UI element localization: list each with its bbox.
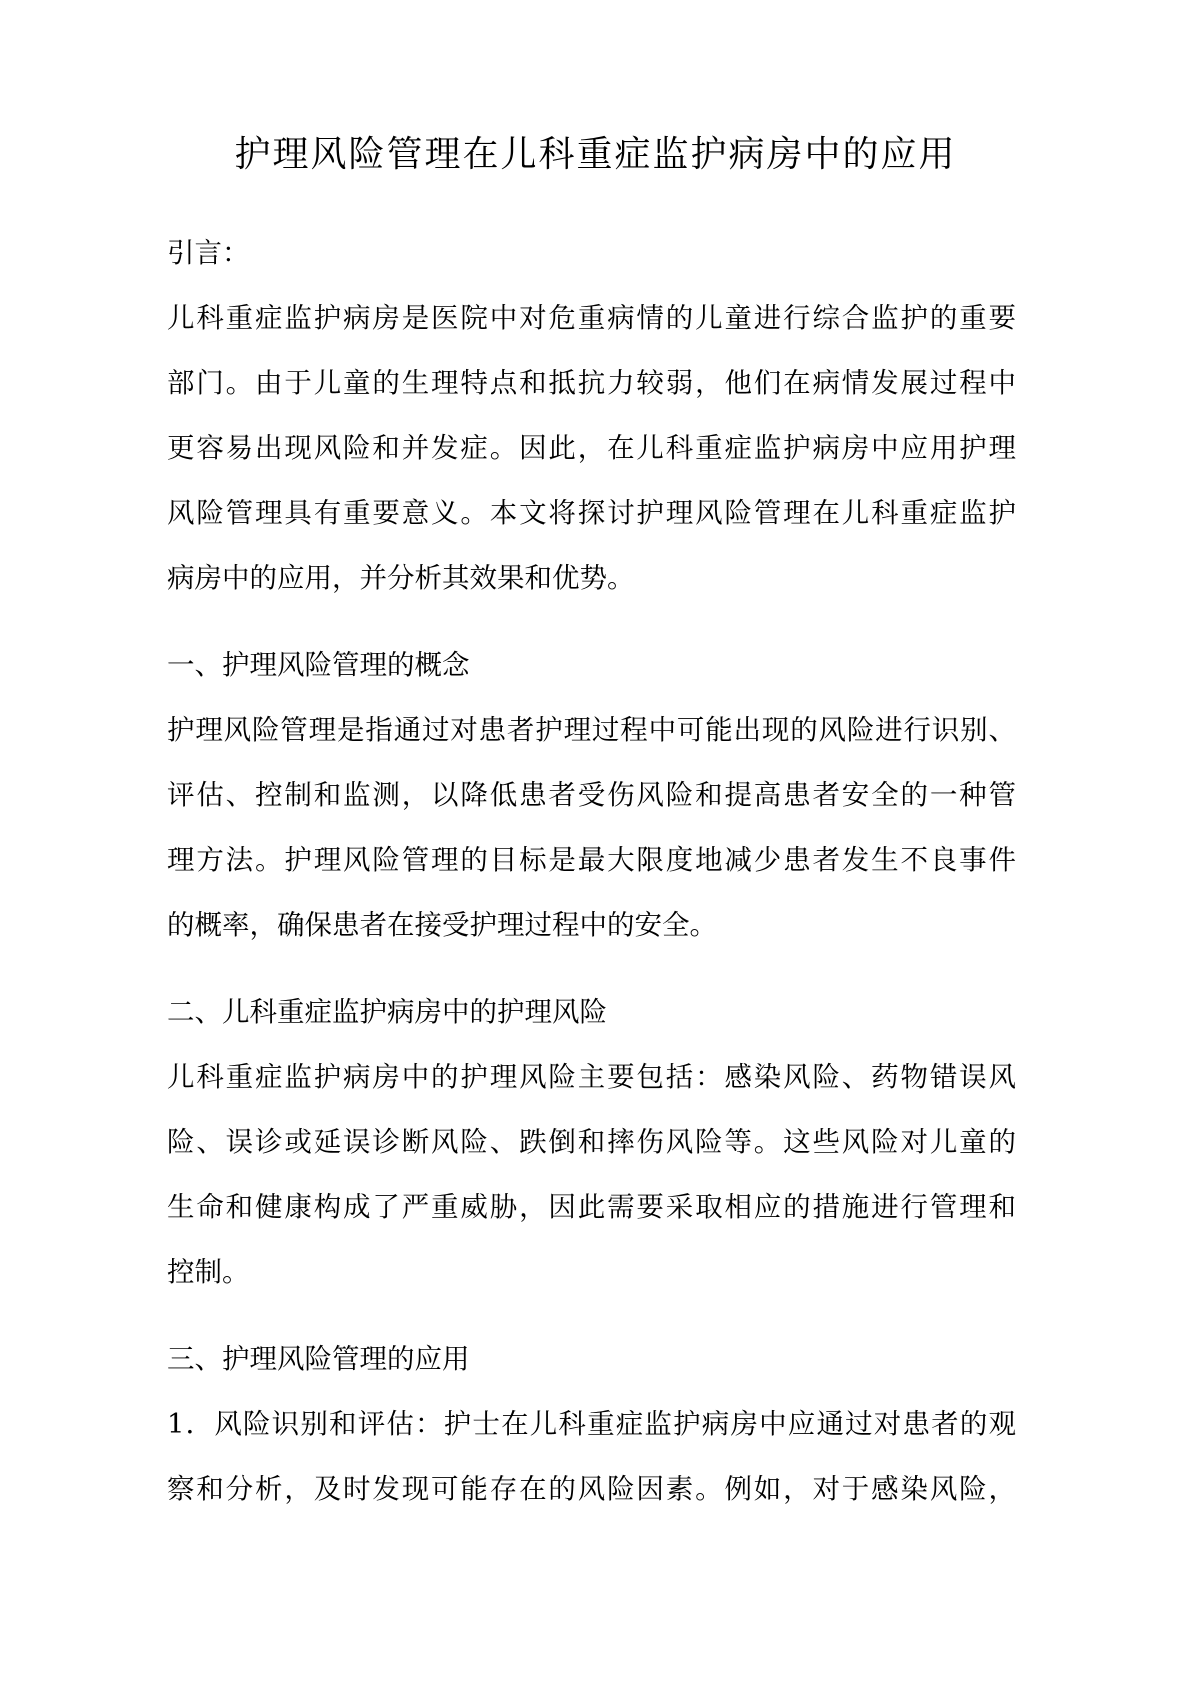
document-title: 护理风险管理在儿科重症监护病房中的应用	[0, 132, 1191, 178]
paragraph-line: 病房中的应用，并分析其效果和优势。	[167, 546, 1016, 611]
paragraph-line: 风险管理具有重要意义。本文将探讨护理风险管理在儿科重症监护	[167, 481, 1016, 546]
section-heading-3: 三、护理风险管理的应用	[167, 1327, 1016, 1392]
paragraph-line: 理方法。护理风险管理的目标是最大限度地减少患者发生不良事件	[167, 828, 1016, 893]
document-body: 引言： 儿科重症监护病房是医院中对危重病情的儿童进行综合监护的重要 部门。由于儿…	[167, 221, 1016, 1522]
paragraph-line: 险、误诊或延误诊断风险、跌倒和摔伤风险等。这些风险对儿童的	[167, 1110, 1016, 1175]
paragraph-line: 控制。	[167, 1240, 1016, 1305]
paragraph-line: 生命和健康构成了严重威胁，因此需要采取相应的措施进行管理和	[167, 1175, 1016, 1240]
paragraph-line: 部门。由于儿童的生理特点和抵抗力较弱，他们在病情发展过程中	[167, 351, 1016, 416]
section-heading-2: 二、儿科重症监护病房中的护理风险	[167, 980, 1016, 1045]
section-heading-1: 一、护理风险管理的概念	[167, 633, 1016, 698]
paragraph-line: 儿科重症监护病房中的护理风险主要包括：感染风险、药物错误风	[167, 1045, 1016, 1110]
document-content: 护理风险管理在儿科重症监护病房中的应用 引言： 儿科重症监护病房是医院中对危重病…	[0, 0, 1191, 1522]
numbered-list-line: 1．风险识别和评估：护士在儿科重症监护病房中应通过对患者的观	[167, 1392, 1016, 1457]
paragraph-line: 评估、控制和监测，以降低患者受伤风险和提高患者安全的一种管	[167, 763, 1016, 828]
paragraph-line: 更容易出现风险和并发症。因此，在儿科重症监护病房中应用护理	[167, 416, 1016, 481]
intro-label: 引言：	[167, 221, 1016, 286]
document-page: 护理风险管理在儿科重症监护病房中的应用 引言： 儿科重症监护病房是医院中对危重病…	[0, 0, 1191, 1684]
paragraph-line: 儿科重症监护病房是医院中对危重病情的儿童进行综合监护的重要	[167, 286, 1016, 351]
paragraph-line: 护理风险管理是指通过对患者护理过程中可能出现的风险进行识别、	[167, 698, 1016, 763]
paragraph-line: 察和分析，及时发现可能存在的风险因素。例如，对于感染风险，	[167, 1457, 1016, 1522]
paragraph-line: 的概率，确保患者在接受护理过程中的安全。	[167, 893, 1016, 958]
